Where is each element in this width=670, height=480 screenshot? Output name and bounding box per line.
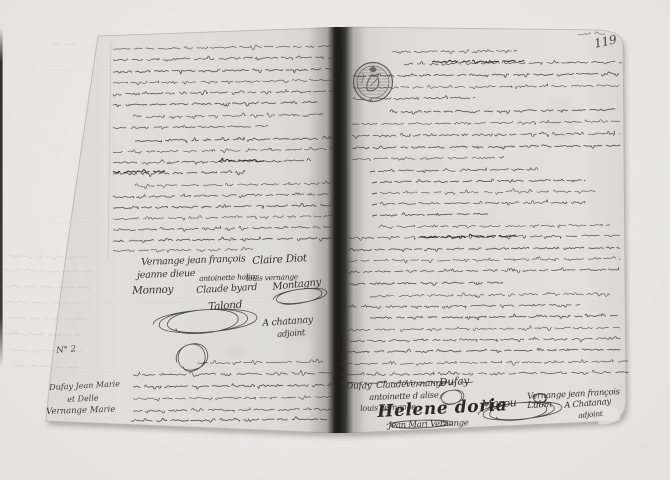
revenue-stamp-seal-icon — [354, 63, 393, 102]
handwriting-line — [52, 43, 74, 45]
scan-edge-strip — [0, 28, 3, 368]
register-scan-artwork — [0, 0, 670, 480]
scanned-register-spread: 119 N° 2 Vernange jean françoisClaire Di… — [0, 0, 670, 480]
